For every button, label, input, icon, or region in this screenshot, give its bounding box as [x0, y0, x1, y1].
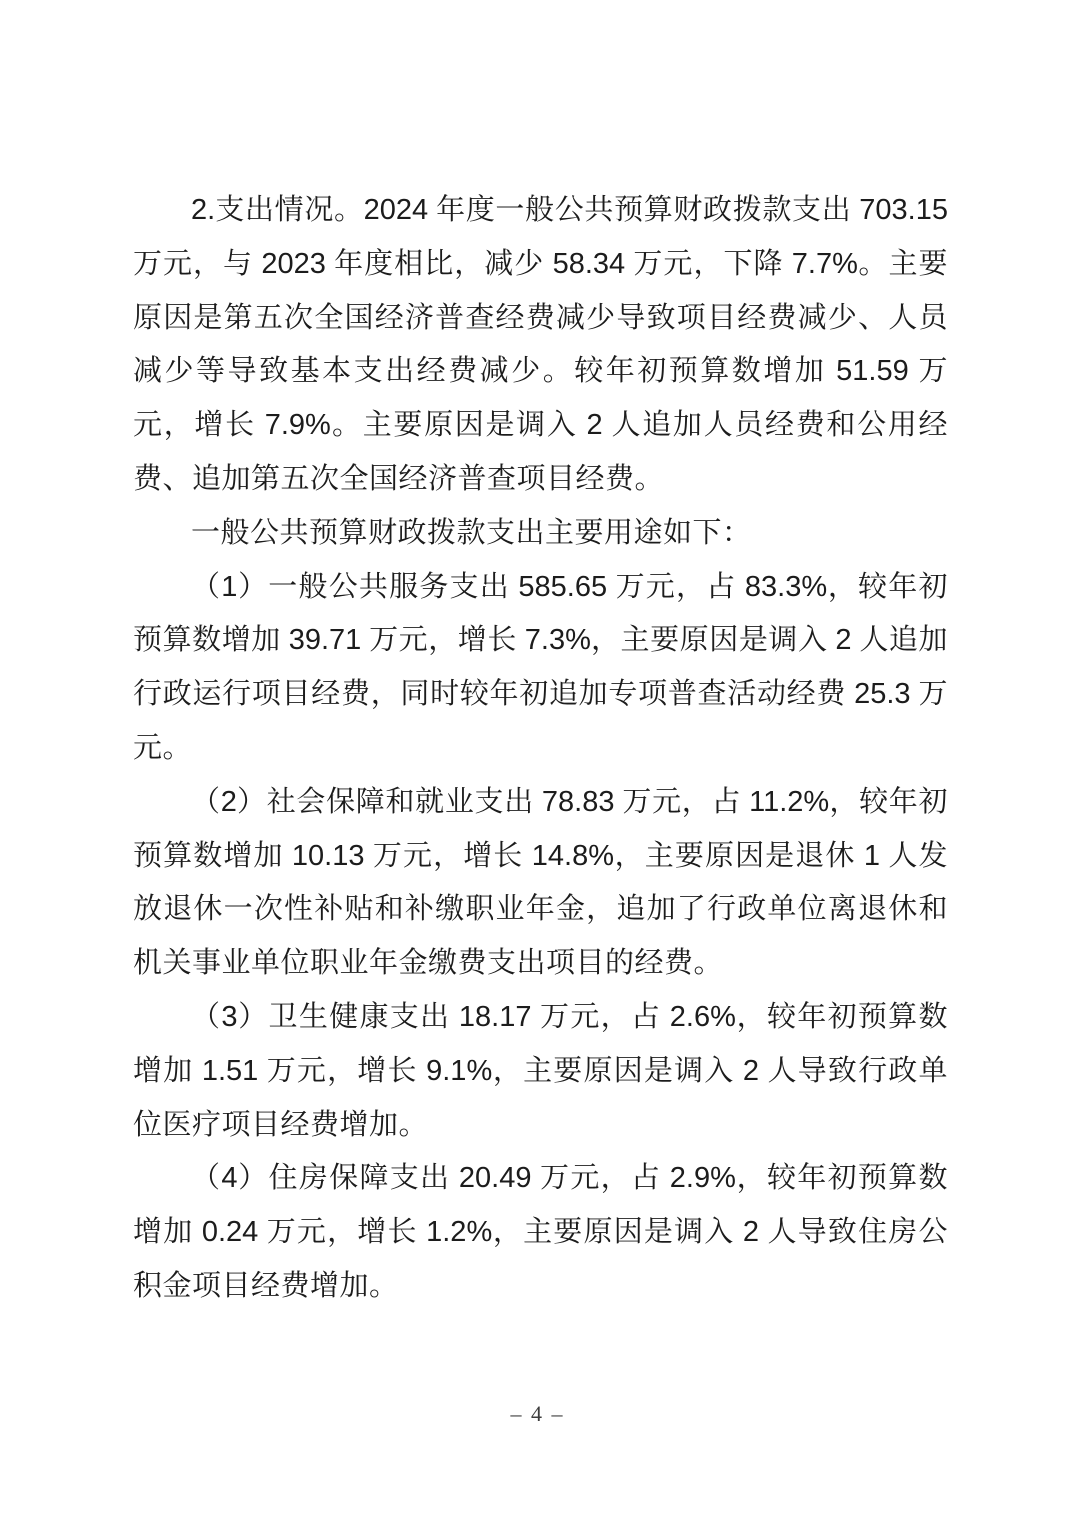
paragraph-usage-intro: 一般公共预算财政拨款支出主要用途如下： [133, 507, 948, 561]
paragraph-expenditure-summary: 2.支出情况。2024 年度一般公共预算财政拨款支出 703.15 万元，与 2… [133, 184, 948, 507]
document-page: 2.支出情况。2024 年度一般公共预算财政拨款支出 703.15 万元，与 2… [0, 0, 1075, 1520]
paragraph-item-3-health: （3）卫生健康支出 18.17 万元，占 2.6%，较年初预算数增加 1.51 … [133, 991, 948, 1152]
page-number: – 4 – [0, 1400, 1075, 1428]
document-body: 2.支出情况。2024 年度一般公共预算财政拨款支出 703.15 万元，与 2… [133, 184, 948, 1314]
paragraph-item-2-social-security-employment: （2）社会保障和就业支出 78.83 万元，占 11.2%，较年初预算数增加 1… [133, 776, 948, 991]
paragraph-item-4-housing-security: （4）住房保障支出 20.49 万元，占 2.9%，较年初预算数增加 0.24 … [133, 1152, 948, 1313]
paragraph-item-1-general-public-services: （1）一般公共服务支出 585.65 万元，占 83.3%，较年初预算数增加 3… [133, 561, 948, 776]
